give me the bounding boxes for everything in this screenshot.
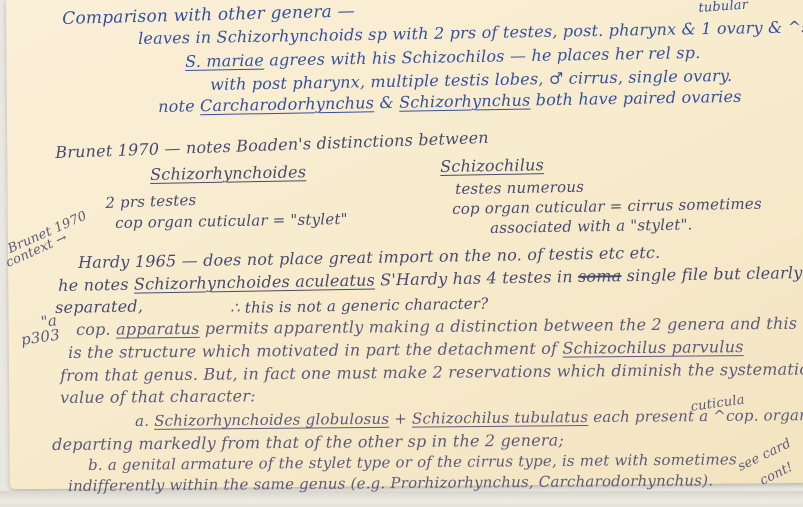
handwritten-text-segment: each present a ^cop. organ (588, 406, 803, 426)
handwritten-text-segment: Schizorhynchoides (150, 162, 306, 184)
handwritten-text-segment: Schizochilus tubulatus (412, 408, 588, 428)
handwritten-text-segment: a. (135, 412, 154, 430)
line-brunet: Brunet 1970 — notes Boaden's distinction… (55, 129, 489, 162)
handwritten-text-segment: separated, (55, 296, 143, 317)
col-left-header: Schizorhynchoides (150, 163, 306, 183)
handwritten-text-segment: cop organ cuticular = "stylet" (115, 210, 348, 232)
col-left-item-1: 2 prs testes (105, 192, 197, 212)
line-title: Comparison with other genera — (62, 2, 355, 28)
quote-line-3: from that genus. But, in fact one must m… (60, 360, 803, 384)
col-left-item-2: cop organ cuticular = "stylet" (115, 211, 348, 232)
handwritten-text-segment: indifferently within the same genus (e.g… (68, 471, 713, 495)
insert-word-tubular: tubular (698, 0, 749, 16)
margin-cont: cont! (758, 461, 796, 489)
handwriting-layer: Comparison with other genera —tubularlea… (0, 0, 803, 507)
handwritten-text-segment: from that genus. But, in fact one must m… (60, 359, 803, 385)
handwritten-text-segment: tubular (698, 0, 749, 16)
quote-item-a2: departing markedly from that of the othe… (52, 432, 564, 454)
handwritten-text-segment: b. a genital armature of the stylet type… (88, 450, 737, 474)
handwritten-text-segment: he notes (58, 275, 134, 295)
handwritten-text-segment: Carcharodorhynchus (200, 93, 374, 115)
quote-item-b2: indifferently within the same genus (e.g… (68, 472, 713, 494)
handwritten-text-segment: agrees with his Schizochilos — he places… (264, 43, 701, 70)
line-hardy-3a: separated, (55, 297, 143, 316)
col-right-header: Schizochilus (440, 156, 544, 175)
margin-page-ref: p303 (20, 327, 61, 349)
col-right-item-2b: associated with a "stylet". (490, 216, 693, 236)
quote-line-2: is the structure which motivated in part… (68, 338, 744, 361)
handwritten-text-segment: testes numerous (455, 178, 584, 198)
handwritten-text-segment: cop. (76, 320, 116, 339)
handwritten-text-segment: single file but clearly (621, 263, 802, 285)
handwritten-text-segment: cop organ cuticular = cirrus sometimes (452, 195, 762, 218)
handwritten-text-segment: + (389, 410, 412, 428)
handwritten-text-segment: ∴ this is not a generic character? (230, 294, 489, 317)
handwritten-text-segment: permits apparently making a distinction … (200, 314, 798, 338)
handwritten-text-segment: departing markedly from that of the othe… (52, 431, 564, 454)
handwritten-text-segment: S. mariae (185, 51, 264, 71)
quote-item-a: a. Schizorhynchoides globulosus + Schizo… (135, 407, 803, 429)
handwritten-text-segment: p303 (20, 326, 61, 349)
handwritten-text-segment: Schizorhynchoides globulosus (154, 410, 389, 430)
line-3: S. mariae agrees with his Schizochilos —… (185, 44, 701, 71)
handwritten-text-segment: Schizochilus parvulus (562, 337, 743, 358)
handwritten-text-segment: value of that character: (60, 386, 256, 407)
handwritten-text-segment: Schizorhynchus (399, 91, 531, 112)
handwritten-text-segment: is the structure which motivated in part… (68, 339, 563, 362)
quote-line-4: value of that character: (60, 387, 256, 406)
handwritten-text-segment: 2 prs testes (105, 191, 197, 212)
handwritten-text-segment: note (158, 96, 200, 116)
quote-item-b: b. a genital armature of the stylet type… (88, 451, 737, 473)
handwritten-text-segment: soma (578, 266, 622, 286)
line-hardy-3b: ∴ this is not a generic character? (230, 295, 489, 316)
handwritten-text-segment: associated with a "stylet". (490, 215, 693, 237)
quote-line-1: cop. apparatus permits apparently making… (76, 315, 797, 339)
col-right-item-2: cop organ cuticular = cirrus sometimes (452, 196, 762, 218)
scanned-page: Comparison with other genera —tubularlea… (0, 0, 803, 507)
handwritten-text-segment: both have paired ovaries (530, 87, 742, 110)
handwritten-text-segment: apparatus (116, 319, 200, 339)
handwritten-text-segment: Brunet 1970 — notes Boaden's distinction… (55, 128, 489, 162)
handwritten-text-segment: & (374, 93, 399, 112)
handwritten-text-segment: S'Hardy has 4 testes in (375, 267, 578, 290)
handwritten-text-segment: Schizorhynchoides aculeatus (134, 270, 375, 293)
handwritten-text-segment: Comparison with other genera — (62, 1, 355, 29)
handwritten-text-segment: Schizochilus (440, 155, 544, 176)
col-right-item-1: testes numerous (455, 179, 584, 198)
